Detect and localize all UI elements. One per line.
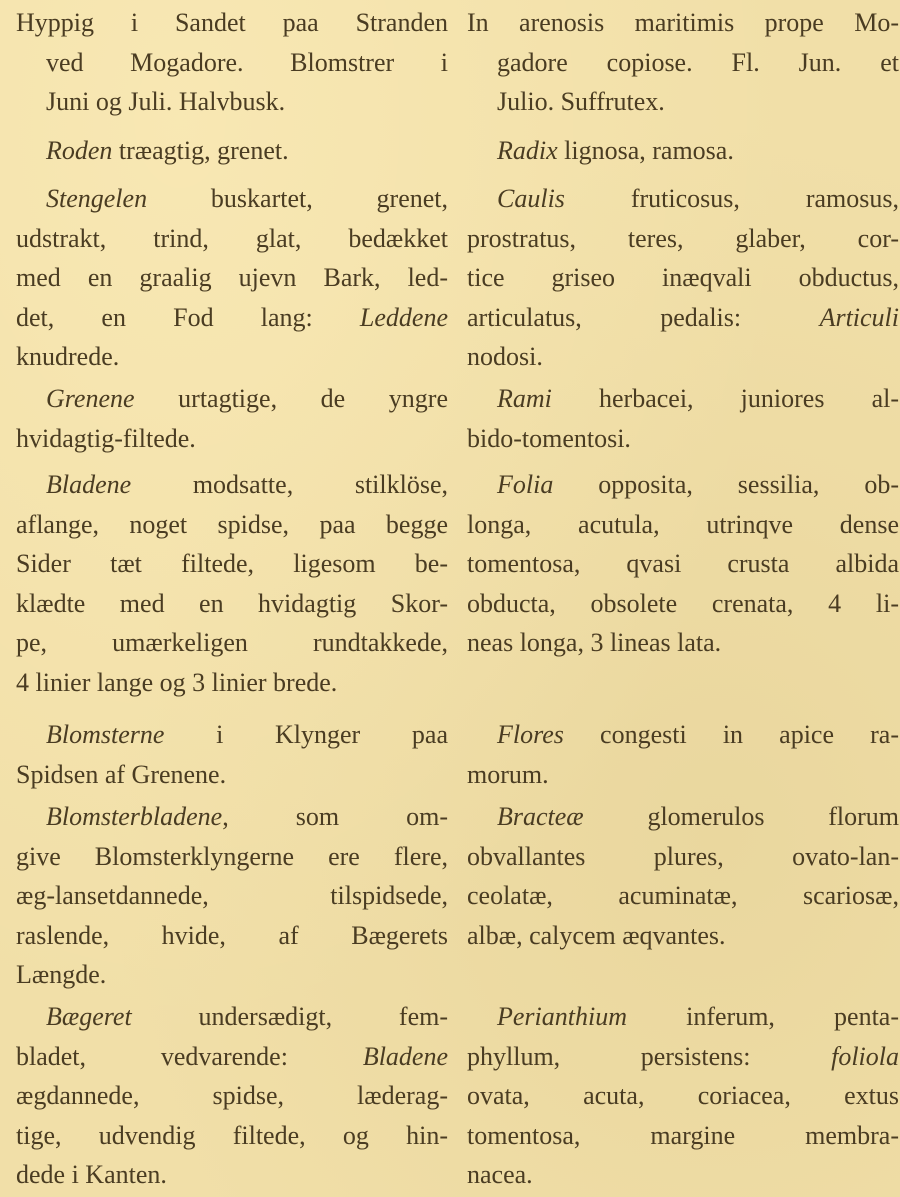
italic-term: Flores	[497, 720, 564, 749]
text-line: longa, acutula, utrinqve dense	[467, 506, 899, 544]
line-text: dede i Kanten.	[16, 1160, 167, 1189]
line-text: obducta, obsolete crenata, 4 li-	[467, 589, 899, 618]
line-text: longa, acutula, utrinqve dense	[467, 510, 899, 539]
text-line: Hyppig i Sandet paa Stranden	[16, 4, 448, 42]
line-text: ceolatæ, acuminatæ, scariosæ,	[467, 881, 899, 910]
line-text: bido-tomentosi.	[467, 424, 631, 453]
line-text: undersædigt, fem-	[132, 1002, 448, 1031]
text-line: Grenene urtagtige, de yngre	[46, 380, 448, 418]
text-line: obducta, obsolete crenata, 4 li-	[467, 585, 899, 623]
text-line: Julio. Suffrutex.	[497, 83, 899, 121]
line-text: raslende, hvide, af Bægerets	[16, 921, 448, 950]
line-text: med en graalig ujevn Bark, led-	[16, 263, 448, 292]
italic-term: Bægeret	[46, 1002, 132, 1031]
line-text: tige, udvendig filtede, og hin-	[16, 1121, 448, 1150]
line-text: tomentosa, qvasi crusta albida	[467, 549, 899, 578]
italic-term: Blomsterne	[46, 720, 164, 749]
text-line: Spidsen af Grenene.	[16, 756, 448, 794]
text-line: morum.	[467, 756, 899, 794]
line-text: det, en Fod lang:	[16, 303, 360, 332]
text-line: ovata, acuta, coriacea, extus	[467, 1077, 899, 1115]
italic-term: Leddene	[360, 303, 448, 332]
text-line: raslende, hvide, af Bægerets	[16, 917, 448, 955]
italic-term: Articuli	[820, 303, 899, 332]
text-line: Bægeret undersædigt, fem-	[46, 998, 448, 1036]
text-line: 4 linier lange og 3 linier brede.	[16, 664, 448, 702]
text-line: In arenosis maritimis prope Mo-	[467, 4, 899, 42]
line-text: nodosi.	[467, 342, 543, 371]
line-text: Spidsen af Grenene.	[16, 760, 226, 789]
italic-term: Grenene	[46, 384, 135, 413]
line-text: træagtig, grenet.	[112, 136, 288, 165]
italic-term: Folia	[497, 470, 553, 499]
text-line: Blomsterne i Klynger paa	[46, 716, 448, 754]
text-line: Perianthium inferum, penta-	[497, 998, 899, 1036]
text-line: Bladene modsatte, stilklöse,	[46, 466, 448, 504]
text-line: Stengelen buskartet, grenet,	[46, 180, 448, 218]
line-text: ved Mogadore. Blomstrer i	[46, 48, 448, 77]
text-line: give Blomsterklyngerne ere flere,	[16, 838, 448, 876]
text-line: Sider tæt filtede, ligesom be-	[16, 545, 448, 583]
line-text: ovata, acuta, coriacea, extus	[467, 1081, 899, 1110]
italic-term: Rami	[497, 384, 552, 413]
italic-term: Caulis	[497, 184, 565, 213]
text-line: albæ, calycem æqvantes.	[467, 917, 899, 955]
line-text: pe, umærkeligen rundtakkede,	[16, 628, 448, 657]
italic-term: Radix	[497, 136, 558, 165]
italic-term: Blomsterbladene	[46, 802, 222, 831]
book-page: Hyppig i Sandet paa Strandenved Mogadore…	[0, 0, 900, 1197]
text-line: articulatus, pedalis: Articuli	[467, 299, 899, 337]
line-text: klædte med en hvidagtig Skor-	[16, 589, 448, 618]
italic-term: foliola	[831, 1042, 899, 1071]
italic-term: Stengelen	[46, 184, 147, 213]
text-line: nacea.	[467, 1156, 899, 1194]
italic-term: Bladene	[46, 470, 131, 499]
line-text: 4 linier lange og 3 linier brede.	[16, 668, 337, 697]
text-line: ægdannede, spidse, læderag-	[16, 1077, 448, 1115]
line-text: buskartet, grenet,	[147, 184, 448, 213]
text-line: Bracteæ glomerulos florum	[497, 798, 899, 836]
text-line: tomentosa, margine membra-	[467, 1117, 899, 1155]
text-line: hvidagtig-filtede.	[16, 420, 448, 458]
text-line: Rami herbacei, juniores al-	[497, 380, 899, 418]
line-text: glomerulos florum	[584, 802, 899, 831]
line-text: knudrede.	[16, 342, 119, 371]
text-line: Juni og Juli. Halvbusk.	[46, 83, 448, 121]
line-text: Sider tæt filtede, ligesom be-	[16, 549, 448, 578]
text-line: pe, umærkeligen rundtakkede,	[16, 624, 448, 662]
line-text: bladet, vedvarende:	[16, 1042, 363, 1071]
line-text: morum.	[467, 760, 549, 789]
line-text: opposita, sessilia, ob-	[553, 470, 899, 499]
line-text: , som om-	[222, 802, 448, 831]
text-line: phyllum, persistens: foliola	[467, 1038, 899, 1076]
text-line: obvallantes plures, ovato-lan-	[467, 838, 899, 876]
line-text: urtagtige, de yngre	[135, 384, 448, 413]
line-text: obvallantes plures, ovato-lan-	[467, 842, 899, 871]
text-line: Blomsterbladene, som om-	[46, 798, 448, 836]
line-text: gadore copiose. Fl. Jun. et	[497, 48, 899, 77]
line-text: lignosa, ramosa.	[558, 136, 734, 165]
line-text: hvidagtig-filtede.	[16, 424, 196, 453]
text-line: det, en Fod lang: Leddene	[16, 299, 448, 337]
line-text: ægdannede, spidse, læderag-	[16, 1081, 448, 1110]
text-line: æg-lansetdannede, tilspidsede,	[16, 877, 448, 915]
line-text: tomentosa, margine membra-	[467, 1121, 899, 1150]
line-text: In arenosis maritimis prope Mo-	[467, 8, 899, 37]
text-line: bladet, vedvarende: Bladene	[16, 1038, 448, 1076]
text-line: ceolatæ, acuminatæ, scariosæ,	[467, 877, 899, 915]
text-line: aflange, noget spidse, paa begge	[16, 506, 448, 544]
text-line: prostratus, teres, glaber, cor-	[467, 220, 899, 258]
line-text: herbacei, juniores al-	[552, 384, 899, 413]
italic-term: Perianthium	[497, 1002, 627, 1031]
line-text: aflange, noget spidse, paa begge	[16, 510, 448, 539]
italic-term: Bracteæ	[497, 802, 584, 831]
line-text: Længde.	[16, 960, 106, 989]
line-text: fruticosus, ramosus,	[565, 184, 899, 213]
text-line: neas longa, 3 lineas lata.	[467, 624, 899, 662]
italic-term: Roden	[46, 136, 112, 165]
text-line: dede i Kanten.	[16, 1156, 448, 1194]
text-line: Længde.	[16, 956, 448, 994]
text-line: knudrede.	[16, 338, 448, 376]
text-line: gadore copiose. Fl. Jun. et	[497, 44, 899, 82]
line-text: Julio. Suffrutex.	[497, 87, 665, 116]
text-line: Flores congesti in apice ra-	[497, 716, 899, 754]
line-text: give Blomsterklyngerne ere flere,	[16, 842, 448, 871]
text-line: tice griseo inæqvali obductus,	[467, 259, 899, 297]
text-line: ved Mogadore. Blomstrer i	[46, 44, 448, 82]
line-text: Hyppig i Sandet paa Stranden	[16, 8, 448, 37]
line-text: prostratus, teres, glaber, cor-	[467, 224, 899, 253]
text-line: bido-tomentosi.	[467, 420, 899, 458]
line-text: modsatte, stilklöse,	[131, 470, 448, 499]
text-line: Caulis fruticosus, ramosus,	[497, 180, 899, 218]
text-line: nodosi.	[467, 338, 899, 376]
text-line: tige, udvendig filtede, og hin-	[16, 1117, 448, 1155]
text-line: klædte med en hvidagtig Skor-	[16, 585, 448, 623]
line-text: i Klynger paa	[164, 720, 448, 749]
text-line: udstrakt, trind, glat, bedækket	[16, 220, 448, 258]
line-text: nacea.	[467, 1160, 533, 1189]
line-text: æg-lansetdannede, tilspidsede,	[16, 881, 448, 910]
text-line: Radix lignosa, ramosa.	[497, 132, 899, 170]
line-text: neas longa, 3 lineas lata.	[467, 628, 721, 657]
line-text: Juni og Juli. Halvbusk.	[46, 87, 285, 116]
text-line: Roden træagtig, grenet.	[46, 132, 448, 170]
text-line: Folia opposita, sessilia, ob-	[497, 466, 899, 504]
text-line: tomentosa, qvasi crusta albida	[467, 545, 899, 583]
line-text: articulatus, pedalis:	[467, 303, 820, 332]
line-text: albæ, calycem æqvantes.	[467, 921, 725, 950]
text-line: med en graalig ujevn Bark, led-	[16, 259, 448, 297]
line-text: tice griseo inæqvali obductus,	[467, 263, 899, 292]
line-text: congesti in apice ra-	[564, 720, 899, 749]
line-text: phyllum, persistens:	[467, 1042, 831, 1071]
line-text: udstrakt, trind, glat, bedækket	[16, 224, 448, 253]
italic-term: Bladene	[363, 1042, 448, 1071]
line-text: inferum, penta-	[627, 1002, 899, 1031]
